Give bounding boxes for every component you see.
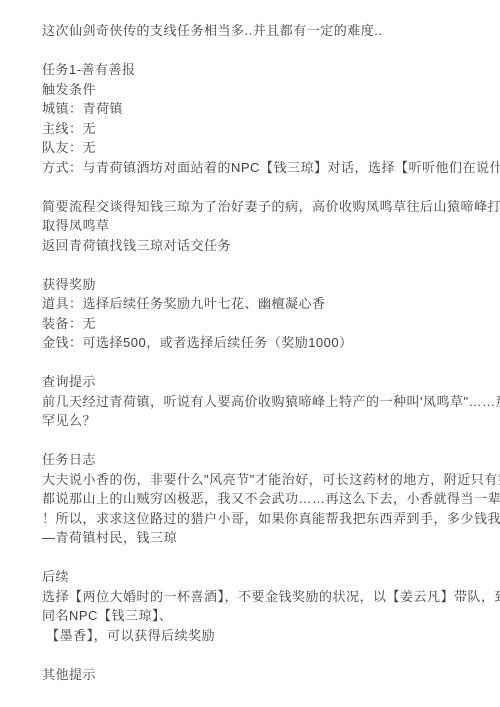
paragraph-rewards: 获得奖励 道具：选择后续任务奖励九叶七花、幽檀凝心香 装备：无 金钱：可选择50… [42, 275, 462, 353]
quest-log-label: 任务日志 [42, 450, 462, 470]
teammate-line: 队友：无 [42, 138, 462, 158]
text-line: 【墨香】，可以获得后续奖励 [42, 626, 462, 646]
text-line: ！所以，求求这位路过的猎户小哥，如果你真能帮我把东西弄到手，多少钱我都出！— [42, 509, 462, 529]
text-line: 大夫说小香的伤，非要什么"风亮节"才能治好，可长这药材的地方，附近只有猿啼峰， [42, 470, 462, 490]
paragraph-intro: 这次仙剑奇侠传的支线任务相当多..并且都有一定的难度.. [42, 21, 462, 41]
text-line: 罕见么？ [42, 411, 462, 431]
paragraph-quest-header: 任务1-善有善报 触发条件 城镇：青荷镇 主线：无 队友：无 方式：与青荷镇酒坊… [42, 60, 462, 177]
mainline-line: 主线：无 [42, 119, 462, 139]
paragraph-query-tip: 查询提示 前几天经过青荷镇，听说有人要高价收购猿啼峰上特产的一种叫'凤鸣草"……… [42, 372, 462, 431]
equipment-line: 装备：无 [42, 314, 462, 334]
query-tip-label: 查询提示 [42, 372, 462, 392]
paragraph-follow-up: 后续 选择【两位大婚时的一杯喜酒】，不要金钱奖励的状况，以【姜云凡】带队，到开封… [42, 567, 462, 645]
text-line: 前几天经过青荷镇，听说有人要高价收购猿啼峰上特产的一种叫'凤鸣草"……那药材很 [42, 392, 462, 412]
paragraph-other-tips: 其他提示 [42, 665, 462, 685]
text-line: 这次仙剑奇侠传的支线任务相当多..并且都有一定的难度.. [42, 21, 462, 41]
signature-line: —青荷镇村民，钱三琼 [42, 528, 462, 548]
guide-document: 这次仙剑奇侠传的支线任务相当多..并且都有一定的难度.. 任务1-善有善报 触发… [0, 0, 500, 684]
text-line: 取得凤鸣草 [42, 216, 462, 236]
follow-up-label: 后续 [42, 567, 462, 587]
money-line: 金钱：可选择500，或者选择后续任务（奖励1000） [42, 333, 462, 353]
paragraph-quest-log: 任务日志 大夫说小香的伤，非要什么"风亮节"才能治好，可长这药材的地方，附近只有… [42, 450, 462, 548]
text-line: 简要流程交谈得知钱三琼为了治好妻子的病，高价收购凤鸣草往后山猿啼峰打魔魈王处 [42, 197, 462, 217]
town-line: 城镇：青荷镇 [42, 99, 462, 119]
quest-title: 任务1-善有善报 [42, 60, 462, 80]
text-line: 都说那山上的山贼穷凶极恶，我又不会武功……再这么下去，小香就得当一辈子瘸子了 [42, 489, 462, 509]
method-line: 方式：与青荷镇酒坊对面站着的NPC【钱三琼】对话，选择【听听他们在说什么】 [42, 158, 462, 178]
rewards-label: 获得奖励 [42, 275, 462, 295]
text-line: 返回青荷镇找钱三琼对话交任务 [42, 236, 462, 256]
items-line: 道具：选择后续任务奖励九叶七花、幽檀凝心香 [42, 294, 462, 314]
text-line: 选择【两位大婚时的一杯喜酒】，不要金钱奖励的状况，以【姜云凡】带队，到开封找 [42, 587, 462, 607]
trigger-condition-label: 触发条件 [42, 80, 462, 100]
paragraph-walkthrough: 简要流程交谈得知钱三琼为了治好妻子的病，高价收购凤鸣草往后山猿啼峰打魔魈王处 取… [42, 197, 462, 256]
text-line: 同名NPC【钱三琼】、 [42, 606, 462, 626]
other-tips-label: 其他提示 [42, 665, 462, 685]
